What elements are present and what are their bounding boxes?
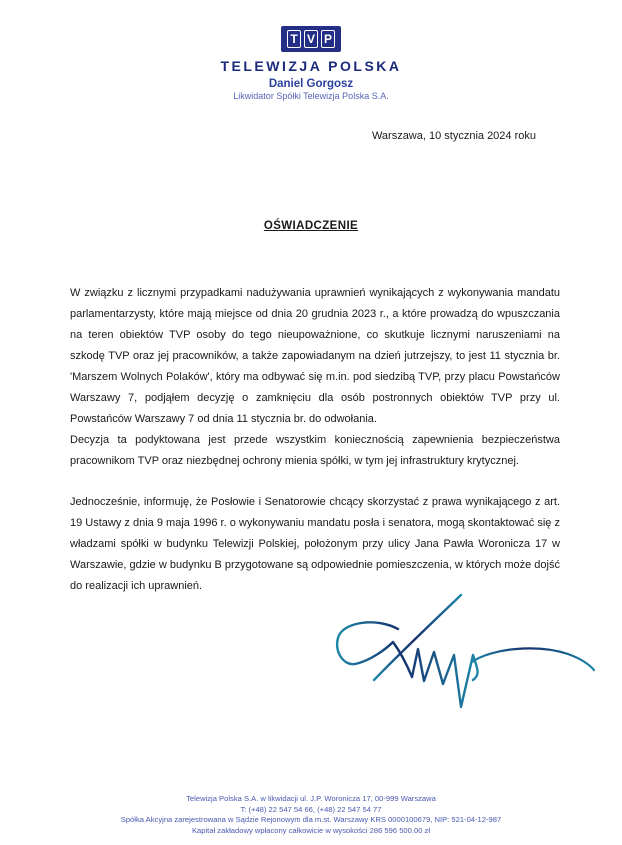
footer-phone-line: T: (+48) 22 547 54 66, (+48) 22 547 54 7… — [0, 805, 622, 816]
footer-address-line: Telewizja Polska S.A. w likwidacji ul. J… — [0, 794, 622, 805]
tvp-logo-letter-p: P — [321, 30, 335, 48]
footer-registration-line: Spółka Akcyjna zarejestrowana w Sądzie R… — [0, 815, 622, 826]
body-paragraph-2: Decyzja ta podyktowana jest przede wszys… — [70, 430, 560, 472]
document-title: OŚWIADCZENIE — [0, 220, 622, 232]
tvp-logo-letter-v: V — [304, 30, 318, 48]
handwritten-signature — [330, 592, 600, 722]
signatory-title: Likwidator Spółki Telewizja Polska S.A. — [0, 91, 622, 101]
tvp-logo-letter-t: T — [287, 30, 301, 48]
footer-capital-line: Kapitał zakładowy wpłacony całkowicie w … — [0, 826, 622, 837]
body-paragraph-3: Jednocześnie, informuję, że Posłowie i S… — [70, 492, 560, 597]
date-line: Warszawa, 10 stycznia 2024 roku — [372, 130, 536, 142]
signatory-name: Daniel Gorgosz — [0, 78, 622, 90]
footer-company-info: Telewizja Polska S.A. w likwidacji ul. J… — [0, 794, 622, 836]
letterhead: T V P TELEWIZJA POLSKA Daniel Gorgosz Li… — [0, 26, 622, 101]
signature-strokes-icon — [330, 592, 600, 722]
document-body: W związku z licznymi przypadkami nadużyw… — [70, 283, 560, 597]
document-page: T V P TELEWIZJA POLSKA Daniel Gorgosz Li… — [0, 0, 622, 845]
tvp-logo: T V P — [281, 26, 341, 52]
body-paragraph-1: W związku z licznymi przypadkami nadużyw… — [70, 283, 560, 430]
company-name: TELEWIZJA POLSKA — [0, 58, 622, 74]
